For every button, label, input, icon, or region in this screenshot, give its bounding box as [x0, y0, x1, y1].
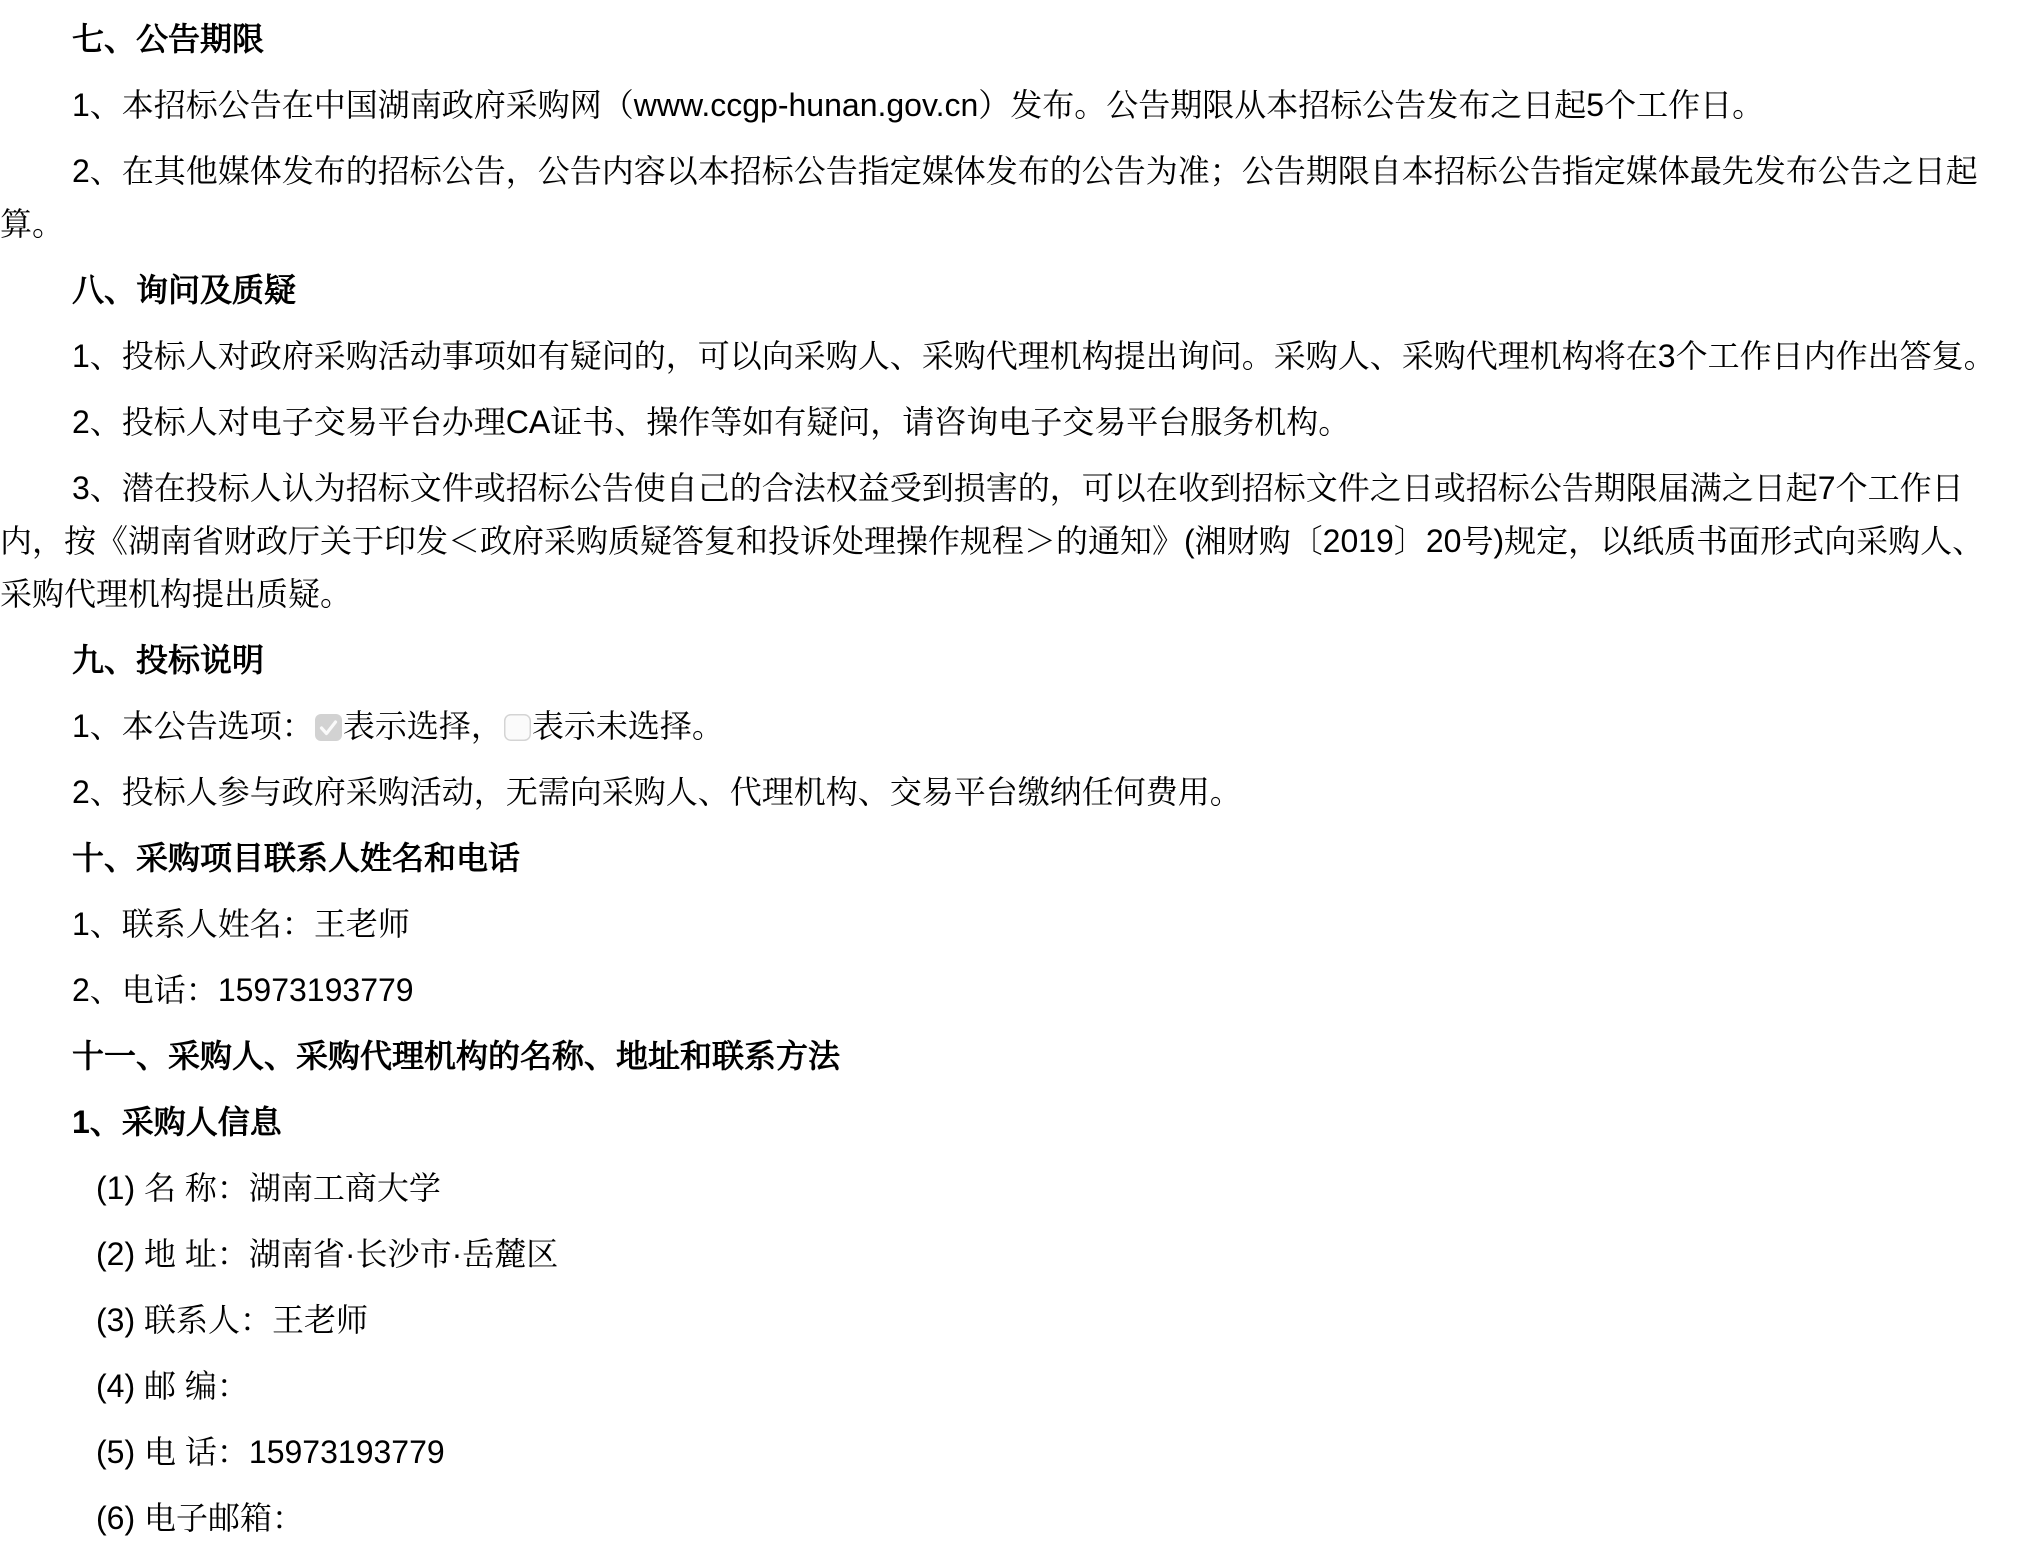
purchaser-contact-value: 王老师: [272, 1302, 368, 1338]
purchaser-address-row: (2) 地 址：湖南省·长沙市·岳麓区: [0, 1228, 2000, 1281]
contact-name-value: 王老师: [314, 906, 410, 942]
purchaser-phone-row: (5) 电 话：15973193779: [0, 1426, 2000, 1479]
purchaser-address-value: 湖南省·长沙市·岳麓区: [249, 1236, 558, 1272]
purchaser-email-row: (6) 电子邮箱：: [0, 1492, 2000, 1545]
contact-phone-label: 2、电话：: [72, 972, 218, 1008]
paragraph-challenge-procedure: 3、潜在投标人认为招标文件或招标公告使自己的合法权益受到损害的，可以在收到招标文…: [0, 462, 2000, 621]
contact-phone-value: 15973193779: [218, 972, 414, 1008]
purchaser-phone-label: (5) 电 话：: [96, 1434, 249, 1470]
purchaser-zip-label: (4) 邮 编：: [96, 1368, 249, 1404]
contact-name-label: 1、联系人姓名：: [72, 906, 314, 942]
checkbox-legend-prefix: 1、本公告选项：: [72, 708, 314, 744]
paragraph-other-media: 2、在其他媒体发布的招标公告，公告内容以本招标公告指定媒体发布的公告为准；公告期…: [0, 145, 2000, 251]
section-heading-announcement-period: 七、公告期限: [0, 13, 2000, 66]
checked-checkbox-icon: [315, 714, 342, 741]
paragraph-no-fees: 2、投标人参与政府采购活动，无需向采购人、代理机构、交易平台缴纳任何费用。: [0, 766, 2000, 819]
paragraph-contact-phone: 2、电话：15973193779: [0, 964, 2000, 1017]
purchaser-name-value: 湖南工商大学: [249, 1170, 441, 1206]
purchaser-email-label: (6) 电子邮箱：: [96, 1500, 304, 1536]
purchaser-contact-label: (3) 联系人：: [96, 1302, 272, 1338]
unchecked-checkbox-icon: [504, 714, 531, 741]
purchaser-contact-row: (3) 联系人：王老师: [0, 1294, 2000, 1347]
section-heading-bid-instructions: 九、投标说明: [0, 634, 2000, 687]
subsection-heading-purchaser-info: 1、采购人信息: [0, 1096, 2000, 1149]
purchaser-name-label: (1) 名 称：: [96, 1170, 249, 1206]
paragraph-checkbox-legend: 1、本公告选项：表示选择，表示未选择。: [0, 700, 2000, 753]
purchaser-zip-row: (4) 邮 编：: [0, 1360, 2000, 1413]
purchaser-address-label: (2) 地 址：: [96, 1236, 249, 1272]
paragraph-ca-question: 2、投标人对电子交易平台办理CA证书、操作等如有疑问，请咨询电子交易平台服务机构…: [0, 396, 2000, 449]
paragraph-publish-site: 1、本招标公告在中国湖南政府采购网（www.ccgp-hunan.gov.cn）…: [0, 79, 2000, 132]
section-heading-inquiry: 八、询问及质疑: [0, 264, 2000, 317]
purchaser-phone-value: 15973193779: [249, 1434, 445, 1470]
section-heading-project-contact: 十、采购项目联系人姓名和电话: [0, 832, 2000, 885]
paragraph-inquiry-reply: 1、投标人对政府采购活动事项如有疑问的，可以向采购人、采购代理机构提出询问。采购…: [0, 330, 2000, 383]
announcement-document: 七、公告期限 1、本招标公告在中国湖南政府采购网（www.ccgp-hunan.…: [0, 13, 2000, 1545]
checkbox-legend-checked-label: 表示选择，: [343, 708, 503, 744]
purchaser-name-row: (1) 名 称：湖南工商大学: [0, 1162, 2000, 1215]
paragraph-contact-name: 1、联系人姓名：王老师: [0, 898, 2000, 951]
checkbox-legend-unchecked-label: 表示未选择。: [532, 708, 724, 744]
section-heading-purchaser-agency-info: 十一、采购人、采购代理机构的名称、地址和联系方法: [0, 1030, 2000, 1083]
